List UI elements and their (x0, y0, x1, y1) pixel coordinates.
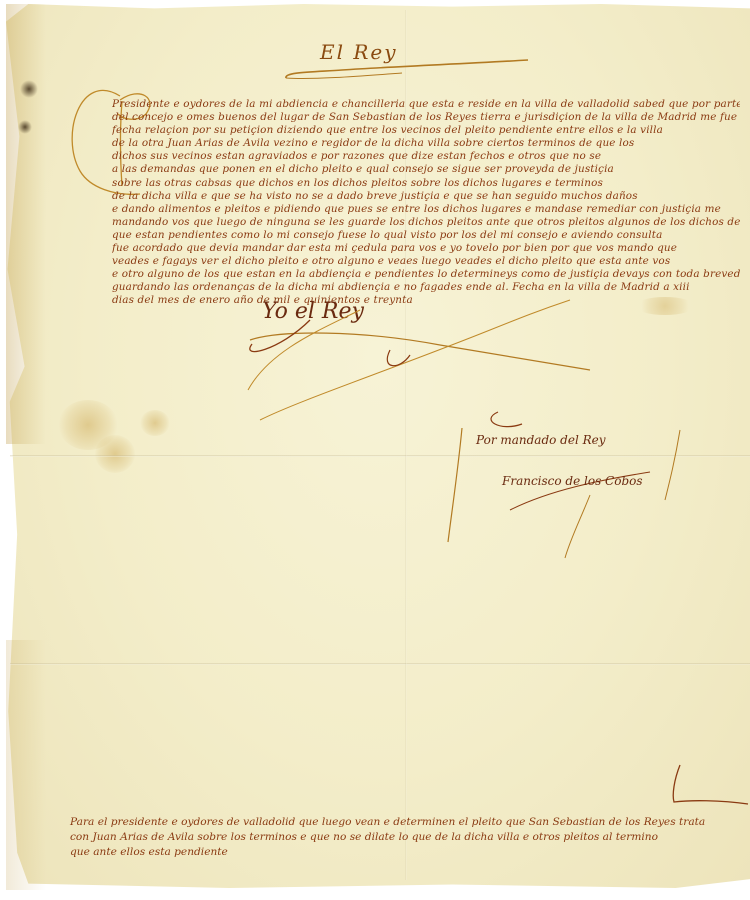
secretary-signature: Francisco de los Cobos (502, 474, 643, 488)
royal-signature-text: Yo el Rey (262, 299, 364, 324)
endorsement: Para el presidente e oydores de valladol… (70, 815, 750, 860)
endorsement-line: con Juan Arias de Avila sobre los termin… (70, 830, 750, 845)
heading-flourish (282, 58, 530, 82)
endorsement-line: Para el presidente e oydores de valladol… (70, 815, 750, 830)
body-line: que estan pendientes como lo mi consejo … (112, 229, 740, 242)
water-stain (95, 435, 135, 473)
body-line: de la otra Juan Arias de Avila vezino e … (112, 137, 740, 150)
left-edge-wear-lower (6, 640, 46, 890)
body-line: sobre las otras cabsas que dichos en los… (112, 177, 740, 190)
endorsement-line: que ante ellos esta pendiente (70, 845, 750, 860)
body-line: veades e fagays ver el dicho pleito e ot… (112, 255, 740, 268)
water-stain (140, 410, 170, 436)
body-line: de la dicha villa e que se ha visto no s… (112, 190, 740, 203)
body-line: mandando vos que luego de ninguna se les… (112, 216, 740, 229)
ink-spot (20, 80, 38, 98)
left-edge-wear (6, 4, 46, 444)
body-line: fue acordado que devia mandar dar esta m… (112, 242, 740, 255)
body-line: del concejo e omes buenos del lugar de S… (112, 111, 740, 124)
body-line: dichos sus vecinos estan agraviados e po… (112, 150, 740, 163)
body-line: e dando alimentos e pleitos e pidiendo q… (112, 203, 740, 216)
body-line: Presidente e oydores de la mi abdiencia … (112, 98, 740, 111)
body-line: a las demandas que ponen en el dicho ple… (112, 163, 740, 176)
body-line: fecha relaçion por su petiçion diziendo … (112, 124, 740, 137)
attestation-line: Por mandado del Rey (476, 433, 606, 447)
document-body: Presidente e oydores de la mi abdiencia … (112, 98, 740, 308)
fold-line (10, 663, 750, 665)
marginal-mark (660, 760, 750, 820)
body-line: e otro alguno de los que estan en la abd… (112, 268, 740, 281)
ink-spot (18, 120, 32, 134)
royal-signature: Yo el Rey (240, 290, 600, 430)
